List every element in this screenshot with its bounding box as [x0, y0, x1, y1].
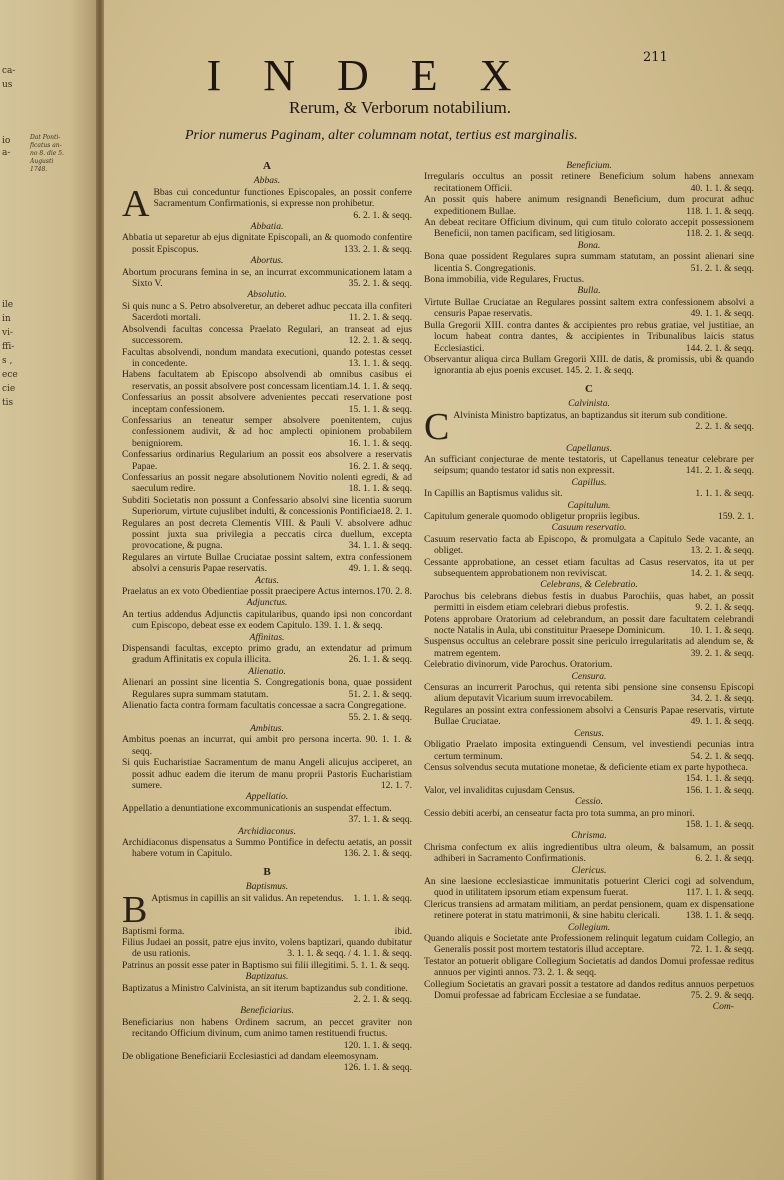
section-letter: B: [122, 867, 412, 878]
index-heading: Absolutio.: [122, 289, 412, 300]
page-reference: 144. 2. 1. & seqq.: [690, 343, 754, 354]
page-reference: 138. 1. 1. & seqq.: [690, 910, 754, 921]
page-reference: 49. 1. 1. & seqq.: [695, 716, 754, 727]
page-reference: 10. 1. 1. & seqq.: [695, 625, 754, 636]
entry-text: An tertius addendus Adjunctis capitulari…: [122, 609, 412, 631]
index-entry: Parochus bis celebrans diebus festis in …: [424, 591, 754, 614]
page-reference: 6. 2. 1. & seqq.: [347, 210, 412, 221]
facing-page-fragment: tis: [2, 398, 13, 409]
entry-text: Cessio debiti acerbi, an censeatur facta…: [424, 808, 695, 819]
index-entry: Census solvendus secuta mutatione moneta…: [424, 762, 754, 785]
page-reference: 136. 2. 1. & seqq.: [348, 848, 412, 859]
index-entry: Ambitus poenas an incurrat, qui ambit pr…: [122, 734, 412, 757]
index-heading: Chrisma.: [424, 830, 754, 841]
drop-cap: B: [122, 894, 147, 926]
index-heading: Baptismus.: [122, 881, 412, 892]
index-entry: Dispensandi facultas, excepto primo grad…: [122, 643, 412, 666]
page-reference: 126. 1. 1. & seqq.: [348, 1062, 412, 1073]
page-reference: 51. 2. 1. & seqq.: [695, 263, 754, 274]
facing-page-fragment: ece: [2, 370, 18, 381]
index-entry: Habens facultatem ab Episcopo absolvendi…: [122, 369, 412, 392]
page-reference: 170. 2. 8.: [380, 586, 412, 597]
index-entry: Celebratio divinorum, vide Parochus. Ora…: [424, 659, 754, 670]
index-entry: Capitulum generale quomodo obligetur pro…: [424, 511, 754, 522]
entry-text: Aptismus in capillis an sit validus. An …: [151, 893, 343, 904]
index-heading: Celebrans, & Celebratio.: [424, 579, 754, 590]
index-entry: Confessarius an possit absolvere advenie…: [122, 392, 412, 415]
index-entry: Bona immobilia, vide Regulares, Fructus.: [424, 274, 754, 285]
facing-page-fragment: cie: [2, 384, 15, 395]
entry-text: Bbas cui conceduntur functiones Episcopa…: [153, 187, 412, 209]
index-entry: Praelatus an ex voto Obedientiae possit …: [122, 586, 412, 597]
page-reference: 117. 1. 1. & seqq.: [690, 887, 754, 898]
index-entry: Cessante approbatione, an cesset etiam f…: [424, 557, 754, 580]
entry-text: Baptizatus a Ministro Calvinista, an sit…: [122, 983, 408, 994]
index-entry: Chrisma confectum ex aliis ingredientibu…: [424, 842, 754, 865]
index-entry: Censuras an incurrerit Parochus, qui ret…: [424, 682, 754, 705]
page-reference: 1. 1. 1. & seqq.: [699, 488, 754, 499]
page-reference: 35. 2. 1. & seqq.: [353, 278, 412, 289]
index-heading: Bulla.: [424, 285, 754, 296]
index-entry: Facultas absolvendi, nondum mandata exec…: [122, 347, 412, 370]
page-reference: 159. 2. 1.: [722, 511, 754, 522]
page-number: 211: [643, 50, 668, 65]
index-entry: Clericus transiens ad armatam militiam, …: [424, 899, 754, 922]
index-column-left: AAbbas.ABbas cui conceduntur functiones …: [122, 160, 412, 1074]
page-reference: 12. 2. 1. & seqq.: [353, 335, 412, 346]
index-entry: An possit quis habere animum resignandi …: [424, 194, 754, 217]
drop-cap: A: [122, 188, 149, 220]
index-heading: Appellatio.: [122, 791, 412, 802]
page-reference: 118. 1. 1. & seqq.: [690, 206, 754, 217]
page-reference: 37. 1. 1. & seqq.: [353, 814, 412, 825]
page-reference: ibid.: [399, 926, 412, 937]
page-subtitle: Rerum, & Verborum notabilium.: [150, 98, 650, 118]
index-heading: Actus.: [122, 575, 412, 586]
page-reference: 49. 1. 1. & seqq.: [353, 563, 412, 574]
index-heading: Adjunctus.: [122, 597, 412, 608]
index-heading: Beneficium.: [424, 160, 754, 171]
page-reference: 2. 2. 1. & seqq.: [689, 421, 754, 432]
index-heading: Capillus.: [424, 477, 754, 488]
index-entry: Alienari an possint sine licentia S. Con…: [122, 677, 412, 700]
reading-note: Prior numerus Paginam, alter columnam no…: [185, 128, 745, 144]
facing-page: Dat Ponti- ficatus an- no 8. die 5. Augu…: [0, 0, 100, 1180]
entry-text: Observantur aliqua circa Bullam Gregorii…: [424, 354, 754, 376]
facing-page-fragment: ca-: [2, 66, 15, 77]
index-entry: Valor, vel invaliditas cujusdam Census. …: [424, 785, 754, 796]
index-entry: Alienatio facta contra formam facultatis…: [122, 700, 412, 723]
index-heading: Abbas.: [122, 175, 412, 186]
index-heading: Abbatia.: [122, 221, 412, 232]
index-heading: Alienatio.: [122, 666, 412, 677]
entry-text: Capitulum generale quomodo obligetur pro…: [424, 511, 640, 522]
margin-note: Dat Ponti- ficatus an- no 8. die 5. Augu…: [30, 134, 70, 174]
index-entry: Baptizatus a Ministro Calvinista, an sit…: [122, 983, 412, 1006]
index-entry: Abortum procurans femina in se, an incur…: [122, 267, 412, 290]
page-reference: 12. 1. 7.: [385, 780, 412, 791]
index-entry: Collegium Societatis an gravari possit a…: [424, 979, 754, 1002]
section-spacer: [122, 860, 412, 866]
page-reference: 49. 1. 1. & seqq.: [695, 308, 754, 319]
page-reference: 6. 2. 1. & seqq.: [699, 853, 754, 864]
facing-page-fragment: s ,: [2, 356, 12, 367]
facing-page-fragment: ffi-: [2, 342, 14, 353]
index-entry: Patrinus an possit esse pater in Baptism…: [122, 960, 412, 971]
index-heading: Census.: [424, 728, 754, 739]
index-entry: Cessio debiti acerbi, an censeatur facta…: [424, 808, 754, 831]
index-heading: Archidiaconus.: [122, 826, 412, 837]
page-title: INDEX: [130, 50, 630, 101]
entry-text: Valor, vel invaliditas cujusdam Census.: [424, 785, 575, 796]
page-reference: 16. 2. 1. & seqq.: [353, 461, 412, 472]
index-entry: Irregularis occultus an possit retinere …: [424, 171, 754, 194]
facing-page-fragment: in: [2, 314, 11, 325]
index-heading: Bona.: [424, 240, 754, 251]
entry-text: Baptismi forma.: [122, 926, 184, 937]
index-heading: Casuum reservatio.: [424, 522, 754, 533]
facing-page-fragment: us: [2, 80, 12, 91]
index-heading: Collegium.: [424, 922, 754, 933]
drop-cap: C: [424, 411, 449, 443]
index-heading: Ambitus.: [122, 723, 412, 734]
page-reference: 75. 2. 9. & seqq.: [695, 990, 754, 1001]
page-reference: 120. 1. 1. & seqq.: [348, 1040, 412, 1051]
page-reference: 39. 2. 1. & seqq.: [695, 648, 754, 659]
page-reference: 118. 2. 1. & seqq.: [690, 228, 754, 239]
section-letter: C: [424, 384, 754, 395]
index-heading: Capitulum.: [424, 500, 754, 511]
page-reference: 26. 1. 1. & seqq.: [353, 654, 412, 665]
entry-text: Subditi Societatis non possunt a Confess…: [122, 495, 412, 517]
page-reference: 1. 1. 1. & seqq.: [347, 893, 412, 904]
page-reference: 158. 1. 1. & seqq.: [690, 819, 754, 830]
index-entry: An sufficiant conjecturae de mente testa…: [424, 454, 754, 477]
page-reference: 11. 2. 1. & seqq.: [353, 312, 412, 323]
page-reference: 34. 1. 1. & seqq.: [353, 540, 412, 551]
page-reference: 14. 2. 1. & seqq.: [695, 568, 754, 579]
page-reference: 3. 1. 1. & seqq. / 4. 1. 1. & seqq.: [291, 948, 412, 959]
entry-text: Testator an potuerit obligare Collegium …: [424, 956, 754, 978]
facing-page-fragment: io: [2, 136, 10, 147]
index-entry: Regulares an possint extra confessionem …: [424, 705, 754, 728]
index-entry: Confessarius an teneatur semper absolver…: [122, 415, 412, 449]
index-entry: Regulares an post decreta Clementis VIII…: [122, 518, 412, 552]
index-entry: Baptismi forma. ibid.: [122, 926, 412, 937]
entry-text: Bona immobilia, vide Regulares, Fructus.: [424, 274, 584, 285]
page-reference: 34. 2. 1. & seqq.: [695, 693, 754, 704]
index-entry: Regulares an virtute Bullae Cruciatae po…: [122, 552, 412, 575]
page-reference: 9. 2. 1. & seqq.: [699, 602, 754, 613]
page-reference: 55. 2. 1. & seqq.: [353, 712, 412, 723]
index-entry: ABbas cui conceduntur functiones Episcop…: [122, 187, 412, 221]
catchword: Com-: [424, 1001, 754, 1012]
index-entry: Absolvendi facultas concessa Praelato Re…: [122, 324, 412, 347]
entry-text: Patrinus an possit esse pater in Baptism…: [122, 960, 410, 971]
index-entry: De obligatione Beneficiarii Ecclesiastic…: [122, 1051, 412, 1074]
index-entry: Bulla Gregorii XIII. contra dantes & acc…: [424, 320, 754, 354]
index-entry: Virtute Bullae Cruciatae an Regulares po…: [424, 297, 754, 320]
index-entry: Si quis nunc a S. Petro absolveretur, an…: [122, 301, 412, 324]
index-entry: Filius Judaei an possit, patre ejus invi…: [122, 937, 412, 960]
entry-text: Alvinista Ministro baptizatus, an baptiz…: [453, 410, 727, 421]
page-reference: 15. 1. 1. & seqq.: [353, 404, 412, 415]
index-entry: Obligatio Praelato imposita extinguendi …: [424, 739, 754, 762]
index-entry: In Capillis an Baptismus validus sit. 1.…: [424, 488, 754, 499]
page-reference: 2. 2. 1. & seqq.: [357, 994, 412, 1005]
entry-text: Census solvendus secuta mutatione moneta…: [424, 762, 748, 773]
facing-page-fragment: ile: [2, 300, 13, 311]
index-entry: Testator an potuerit obligare Collegium …: [424, 956, 754, 979]
entry-text: Alienatio facta contra formam facultatis…: [122, 700, 406, 711]
entry-text: In Capillis an Baptismus validus sit.: [424, 488, 563, 499]
entry-text: Ambitus poenas an incurrat, qui ambit pr…: [122, 734, 412, 756]
page-reference: 13. 2. 1. & seqq.: [695, 545, 754, 556]
section-letter: A: [122, 161, 412, 172]
section-spacer: [424, 377, 754, 383]
index-entry: Observantur aliqua circa Bullam Gregorii…: [424, 354, 754, 377]
index-entry: BAptismus in capillis an sit validus. An…: [122, 893, 412, 926]
page-reference: 18. 2. 1.: [385, 506, 412, 517]
index-entry: Casuum reservatio facta ab Episcopo, & p…: [424, 534, 754, 557]
index-entry: Potens approbare Oratorium ad celebrandu…: [424, 614, 754, 637]
index-entry: Confessarius an possit negare absolution…: [122, 472, 412, 495]
index-heading: Abortus.: [122, 255, 412, 266]
page-reference: 51. 2. 1. & seqq.: [353, 689, 412, 700]
index-heading: Baptizatus.: [122, 971, 412, 982]
index-entry: Quando aliquis e Societate ante Professi…: [424, 933, 754, 956]
index-entry: Appellatio a denuntiatione excommunicati…: [122, 803, 412, 826]
page-reference: 16. 1. 1. & seqq.: [353, 438, 412, 449]
index-entry: Abbatia ut separetur ab ejus dignitate E…: [122, 232, 412, 255]
index-entry: An debeat recitare Officium divinum, qui…: [424, 217, 754, 240]
page-reference: 72. 1. 1. & seqq.: [695, 944, 754, 955]
facing-page-fragment: vi-: [2, 328, 13, 339]
index-column-right: Beneficium.Irregularis occultus an possi…: [424, 160, 754, 1013]
index-entry: Si quis Eucharistiae Sacramentum de manu…: [122, 757, 412, 791]
page-reference: 141. 2. 1. & seqq.: [690, 465, 754, 476]
index-entry: Beneficiarius non habens Ordinem sacrum,…: [122, 1017, 412, 1051]
index-entry: Bona quae possident Regulares supra summ…: [424, 251, 754, 274]
index-heading: Affinitas.: [122, 632, 412, 643]
index-heading: Calvinista.: [424, 398, 754, 409]
facing-page-fragment: a-: [2, 148, 10, 159]
index-entry: CAlvinista Ministro baptizatus, an bapti…: [424, 410, 754, 443]
page-reference: 14. 1. 1. & seqq.: [353, 381, 412, 392]
index-heading: Beneficiarius.: [122, 1005, 412, 1016]
index-heading: Clericus.: [424, 865, 754, 876]
page-reference: 154. 1. 1. & seqq.: [690, 773, 754, 784]
index-heading: Censura.: [424, 671, 754, 682]
index-entry: Confessarius ordinarius Regularium an po…: [122, 449, 412, 472]
page-reference: 54. 2. 1. & seqq.: [695, 751, 754, 762]
entry-text: Si quis Eucharistiae Sacramentum de manu…: [122, 757, 412, 791]
entry-text: De obligatione Beneficiarii Ecclesiastic…: [122, 1051, 379, 1062]
index-entry: Subditi Societatis non possunt a Confess…: [122, 495, 412, 518]
page-reference: 13. 1. 1. & seqq.: [353, 358, 412, 369]
entry-text: Celebratio divinorum, vide Parochus. Ora…: [424, 659, 612, 670]
entry-text: Praelatus an ex voto Obedientiae possit …: [122, 586, 375, 597]
entry-text: Appellatio a denuntiatione excommunicati…: [122, 803, 392, 814]
index-entry: Archidiaconus dispensatus a Summo Pontif…: [122, 837, 412, 860]
index-entry: An tertius addendus Adjunctis capitulari…: [122, 609, 412, 632]
page-reference: 18. 1. 1. & seqq.: [353, 483, 412, 494]
index-heading: Cessio.: [424, 796, 754, 807]
page-reference: 156. 1. 1. & seqq.: [690, 785, 754, 796]
index-entry: Suspensus occultus an celebrare possit s…: [424, 636, 754, 659]
index-heading: Capellanus.: [424, 443, 754, 454]
page-reference: 133. 2. 1. & seqq.: [348, 244, 412, 255]
entry-text: Beneficiarius non habens Ordinem sacrum,…: [122, 1017, 412, 1039]
book-gutter: [96, 0, 104, 1180]
index-entry: An sine laesione ecclesiasticae immunita…: [424, 876, 754, 899]
page-reference: 40. 1. 1. & seqq.: [695, 183, 754, 194]
